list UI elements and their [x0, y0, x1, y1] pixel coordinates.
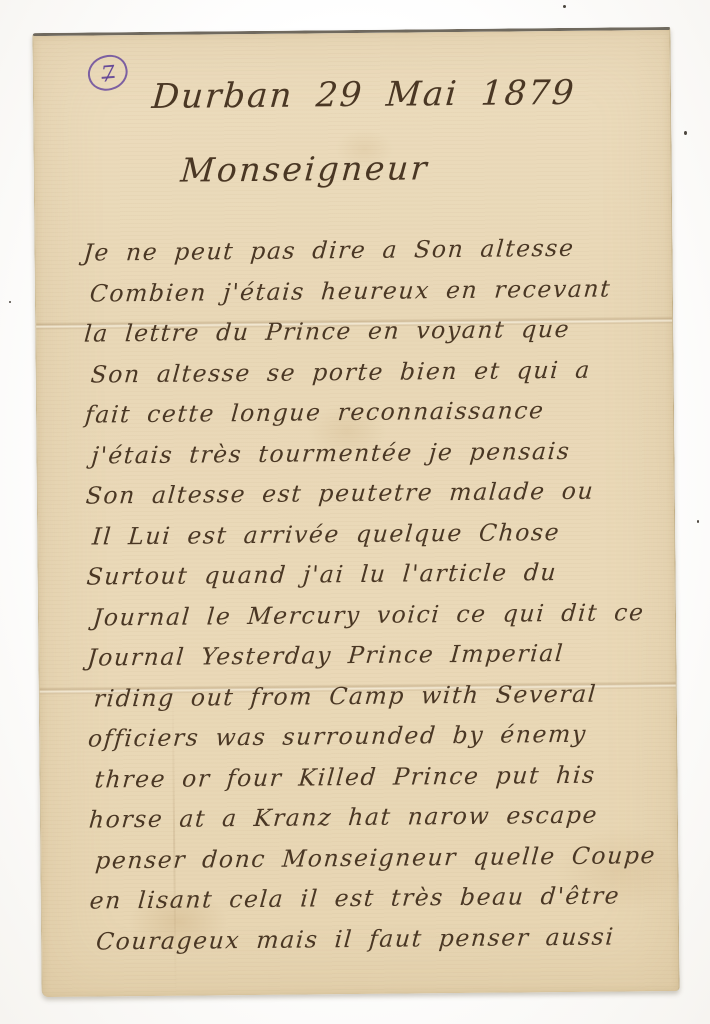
dust-speck — [9, 301, 11, 303]
letter-line: Son altesse est peutetre malade ou — [84, 470, 667, 516]
letter-line: en lisant cela il est très beau d'être — [88, 875, 671, 921]
letter-line: la lettre du Prince en voyant que — [83, 308, 666, 354]
letter-line: j'étais très tourmentée je pensais — [84, 430, 667, 476]
letter-line: three or four Killed Prince put his — [87, 753, 670, 799]
dust-speck — [684, 131, 687, 135]
salutation: Monseigneur — [179, 148, 430, 189]
letter-line: Journal le Mercury voici ce qui dit ce — [85, 592, 668, 638]
letter-page: 7 Durban 29 Mai 1879 Monseigneur Je ne p… — [32, 27, 679, 997]
dust-speck — [697, 520, 699, 523]
page-number-digit: 7 — [100, 62, 116, 88]
letter-line: Courageux mais il faut penser aussi — [89, 915, 672, 961]
letter-line: Surtout quand j'ai lu l'article du — [85, 551, 668, 597]
dateline: Durban 29 Mai 1879 — [150, 73, 577, 117]
letter-line: Son altesse se porte bien et qui a — [83, 349, 666, 395]
letter-line: riding out from Camp with Several — [86, 672, 669, 718]
letter-line: Journal Yesterday Prince Imperial — [86, 632, 669, 678]
letter-line: Je ne peut pas dire a Son altesse — [82, 227, 665, 273]
scan-background: 7 Durban 29 Mai 1879 Monseigneur Je ne p… — [0, 0, 710, 1024]
letter-line: horse at a Kranz hat narow escape — [87, 794, 670, 840]
letter-line: penser donc Monseigneur quelle Coupe — [88, 834, 671, 880]
letter-body: Je ne peut pas dire a Son altesse Combie… — [83, 227, 670, 962]
letter-line: Combien j'étais heureux en recevant — [82, 268, 665, 314]
letter-line: officiers was surrounded by énemy — [87, 713, 670, 759]
letter-line: fait cette longue reconnaissance — [83, 389, 666, 435]
page-number-stamp: 7 — [84, 51, 132, 95]
letter-line: Il Lui est arrivée quelque Chose — [85, 511, 668, 557]
dust-speck — [563, 5, 566, 8]
